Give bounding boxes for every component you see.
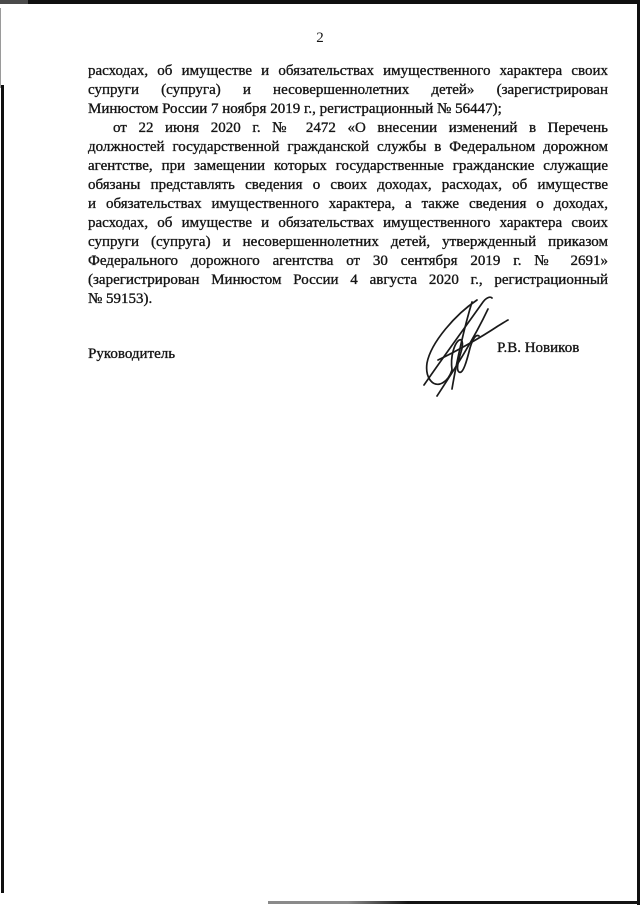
text-line: Минюстом России 7 ноября 2019 г., регист… <box>88 100 608 119</box>
signature-role-label: Руководитель <box>88 345 175 364</box>
text-line: супруги (супруга) и несовершеннолетних д… <box>88 233 608 252</box>
text-line: агентстве, при замещении которых государ… <box>88 157 608 176</box>
handwritten-signature-icon <box>404 290 512 402</box>
page-number: 2 <box>0 29 640 47</box>
scan-border-left-thin <box>0 8 1 88</box>
document-page: 2 расходах, об имуществе и обязательства… <box>0 0 640 905</box>
text-line: и обязательствах имущественного характер… <box>88 195 608 214</box>
text-line: от 22 июня 2020 г. № 2472 «О внесении из… <box>88 119 608 138</box>
text-line: Федерального дорожного агентства от 30 с… <box>88 252 608 271</box>
text-line: расходах, об имуществе и обязательствах … <box>88 62 608 81</box>
signature-name: Р.В. Новиков <box>497 339 579 358</box>
body-text: расходах, об имуществе и обязательствах … <box>88 62 608 309</box>
scan-border-bottom <box>268 901 640 904</box>
text-line: супруги (супруга) и несовершеннолетних д… <box>88 81 608 100</box>
text-line: расходах, об имуществе и обязательствах … <box>88 214 608 233</box>
text-line: обязаны представлять сведения о своих до… <box>88 176 608 195</box>
scan-border-left <box>1 85 4 893</box>
text-line: (зарегистрирован Минюстом России 4 авгус… <box>88 271 608 290</box>
scan-border-top <box>0 0 640 4</box>
text-line: № 59153). <box>88 290 608 309</box>
text-line: должностей государственной гражданской с… <box>88 138 608 157</box>
